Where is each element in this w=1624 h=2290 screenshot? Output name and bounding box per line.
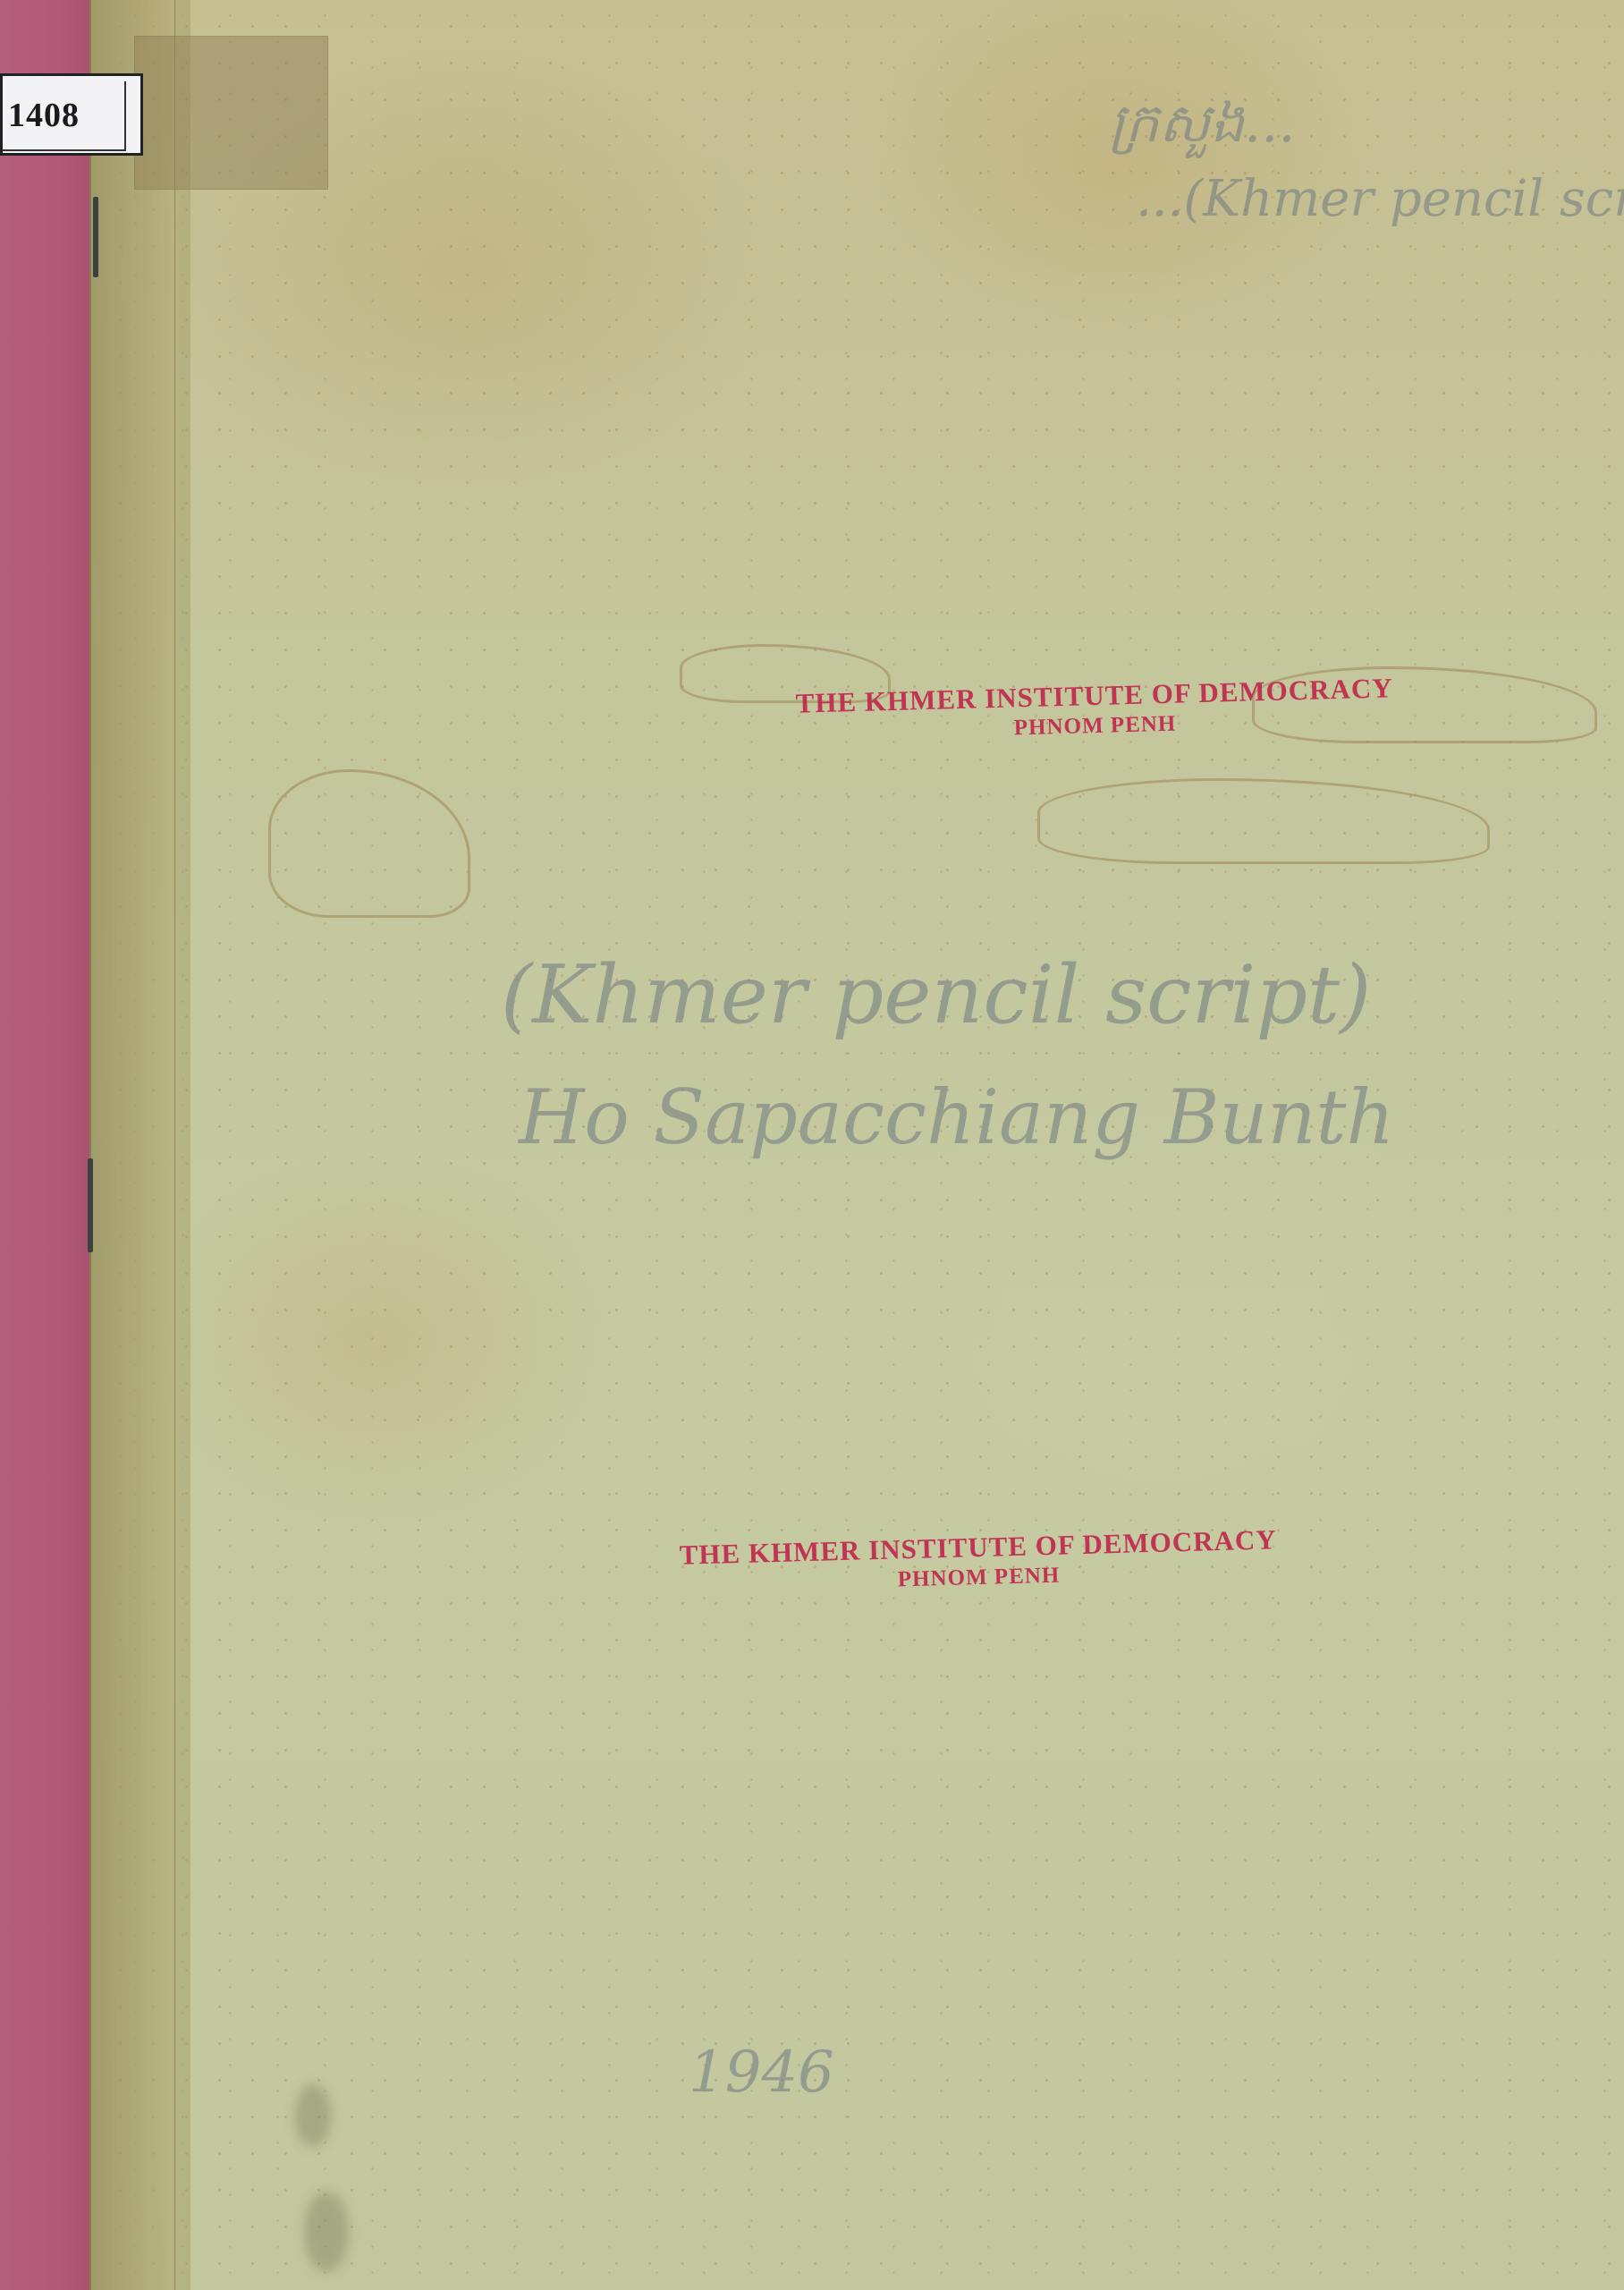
staple-icon — [93, 197, 98, 277]
binding-tape-edge — [174, 0, 190, 2290]
handwriting-center-line1: (Khmer pencil script) — [501, 948, 1371, 1042]
binding-tape — [89, 0, 175, 2290]
catalog-label: 1408 — [0, 73, 143, 156]
handwriting-top-line1: ក្រសួង... — [1109, 89, 1295, 168]
handwritten-year: 1946 — [689, 2040, 834, 2106]
book-spine — [0, 0, 91, 2290]
stain — [304, 2192, 349, 2272]
staple-icon — [88, 1158, 93, 1252]
stain — [295, 2084, 331, 2147]
handwriting-center-line2: Ho Sapacchiang Bunth — [519, 1073, 1395, 1161]
handwriting-top-line2: ...(Khmer pencil script) — [1136, 170, 1624, 228]
tape-patch — [134, 36, 328, 190]
catalog-number: 1408 — [8, 96, 80, 135]
